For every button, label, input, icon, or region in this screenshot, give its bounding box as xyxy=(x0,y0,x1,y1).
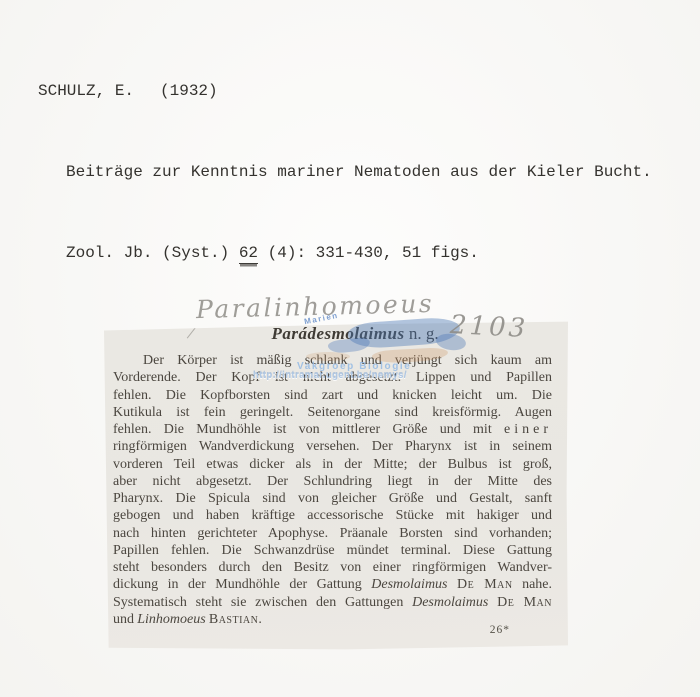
citation-author-line: SCHULZ, E.(1932) xyxy=(38,78,652,105)
citation-title: Beiträge zur Kenntnis mariner Nematoden … xyxy=(66,159,652,186)
clipping-body-line: fehlen. Die Kopfborsten sind zart und kn… xyxy=(113,387,552,404)
citation-volume: 62 xyxy=(239,244,258,264)
clipping-body-line: Pharynx. Die Spicula sind von gleicher G… xyxy=(113,490,552,507)
clipping-body-line: Kutikula ist fein geringelt. Seitenorgan… xyxy=(113,404,552,421)
clipping-body-line: ringförmigen Wandverdickung versehen. De… xyxy=(113,438,552,455)
clipping-body-line: fehlen. Die Mundhöhle ist von mittlerer … xyxy=(113,421,552,438)
clipping-body-line: vorderen Teil etwas dicker als in der Mi… xyxy=(113,456,552,473)
citation-year: (1932) xyxy=(160,82,218,100)
citation-author: SCHULZ, E. xyxy=(38,82,134,100)
citation-pages: (4): 331-430, 51 figs. xyxy=(258,244,479,262)
clipping-body-line: dickung in der Mundhöhle der Gattung Des… xyxy=(113,576,552,593)
clipping-body-line: Der Körper ist mäßig schlank und verjüng… xyxy=(113,352,552,369)
clipping-body-line: nach hinten gerichteter Apophyse. Präana… xyxy=(113,525,552,542)
clipping-body-line: Systematisch steht sie zwischen den Gatt… xyxy=(113,594,552,611)
signature-page-mark: 26* xyxy=(490,624,510,636)
citation-block: SCHULZ, E.(1932) Beiträge zur Kenntnis m… xyxy=(38,24,652,294)
clipping-body-line: Vorderende. Der Kopf ist nicht abgesetzt… xyxy=(113,369,552,386)
citation-journal: Zool. Jb. (Syst.) xyxy=(66,244,239,262)
clipping-title-genus: Parádesmolaimus xyxy=(271,324,404,343)
clipping-body-line: steht besonders durch den Besitz von ein… xyxy=(113,559,552,576)
citation-journal-line: Zool. Jb. (Syst.) 62 (4): 331-430, 51 fi… xyxy=(66,240,652,267)
clipping-body-text: Der Körper ist mäßig schlank und verjüng… xyxy=(113,352,552,628)
clipping-body-line: aber nicht abgesetzt. Der Schlundring li… xyxy=(113,473,552,490)
watermark-arc-text: Marien xyxy=(303,311,339,326)
handwritten-genus-annotation: Paralinhomoeus xyxy=(196,289,435,324)
clipping-body-line: gebogen und haben kräftige accessorische… xyxy=(113,507,552,524)
clipping-body-line: und Linhomoeus Bastian. xyxy=(113,611,552,628)
clipping-title: Parádesmolaimus n. g. xyxy=(123,324,587,343)
clipping-title-suffix: n. g. xyxy=(405,324,439,343)
clipping-body-line: Papillen fehlen. Die Schwanzdrüse mündet… xyxy=(113,542,552,559)
pasted-clipping: Parádesmolaimus n. g. Der Körper ist mäß… xyxy=(104,321,568,650)
